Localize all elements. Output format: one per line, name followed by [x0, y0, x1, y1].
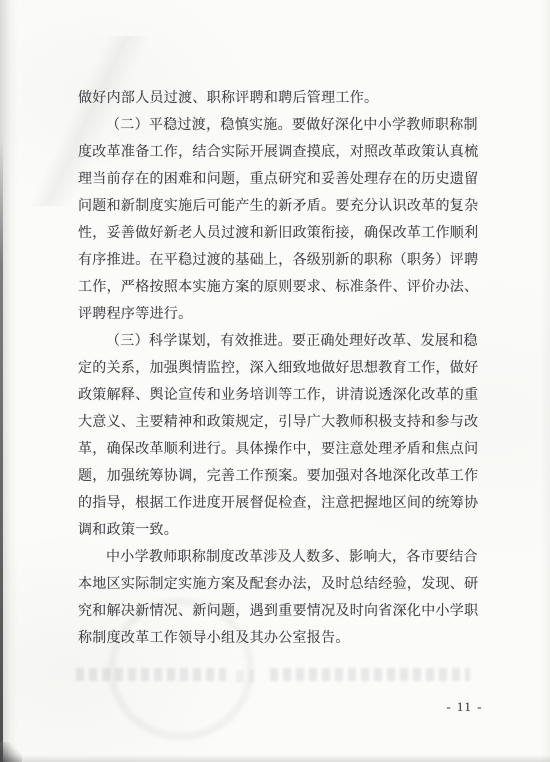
text-line: 中小学教师职称制度改革涉及人数多、影响大，各市要结合 — [78, 544, 474, 571]
text-line: 做好内部人员过渡、职称评聘和聘后管理工作。 — [78, 85, 474, 112]
text-line: （二）平稳过渡，稳慎实施。要做好深化中小学教师职称制 — [78, 112, 474, 139]
text-line: 评聘程序等进行。 — [78, 301, 474, 328]
scan-edge-bottom-shadow — [0, 755, 550, 762]
text-line: 本地区实际制定实施方案及配套办法，及时总结经验，发现、研 — [78, 571, 474, 598]
text-line: 称制度改革工作领导小组及其办公室报告。 — [78, 625, 474, 652]
text-block: 做好内部人员过渡、职称评聘和聘后管理工作。（二）平稳过渡，稳慎实施。要做好深化中… — [78, 85, 474, 652]
text-line: 革，确保改革顺利进行。具体操作中，要注意处理矛盾和焦点问 — [78, 436, 474, 463]
bleedthrough-segment — [270, 668, 470, 681]
text-line: 问题和新制度实施后可能产生的新矛盾。要充分认识改革的复杂 — [78, 193, 474, 220]
text-line: 题，加强统筹协调，完善工作预案。要加强对各地深化改革工作 — [78, 463, 474, 490]
text-line: 究和解决新情况、新问题，遇到重要情况及时向省深化中小学职 — [78, 598, 474, 625]
bleedthrough-segment — [76, 668, 226, 681]
scan-edge-right-shadow — [540, 0, 550, 762]
text-line: （三）科学谋划，有效推进。要正确处理好改革、发展和稳 — [78, 328, 474, 355]
text-line: 调和政策一致。 — [78, 517, 474, 544]
page-number: - 11 - — [446, 699, 483, 715]
text-line: 性，妥善做好新老人员过渡和新旧政策衔接，确保改革工作顺利 — [78, 220, 474, 247]
text-line: 度改革准备工作，结合实际开展调查摸底，对照改革政策认真梳 — [78, 139, 474, 166]
text-line: 定的关系，加强舆情监控，深入细致地做好思想教育工作，做好 — [78, 355, 474, 382]
text-line: 的指导，根据工作进度开展督促检查，注意把握地区间的统筹协 — [78, 490, 474, 517]
text-line: 有序推进。在平稳过渡的基础上，各级别新的职称（职务）评聘 — [78, 247, 474, 274]
bleedthrough-segment — [236, 670, 254, 683]
text-line: 工作，严格按照本实施方案的原则要求、标准条件、评价办法、 — [78, 274, 474, 301]
text-line: 理当前存在的困难和问题，重点研究和妥善处理存在的历史遗留 — [78, 166, 474, 193]
text-line: 政策解释、舆论宣传和业务培训等工作，讲清说透深化改革的重 — [78, 382, 474, 409]
scan-corner-bottom-left — [0, 742, 22, 762]
scanned-document-page: 做好内部人员过渡、职称评聘和聘后管理工作。（二）平稳过渡，稳慎实施。要做好深化中… — [0, 0, 550, 762]
text-line: 大意义、主要精神和政策规定，引导广大教师积极支持和参与改 — [78, 409, 474, 436]
text-bleedthrough-artifact — [0, 664, 550, 686]
